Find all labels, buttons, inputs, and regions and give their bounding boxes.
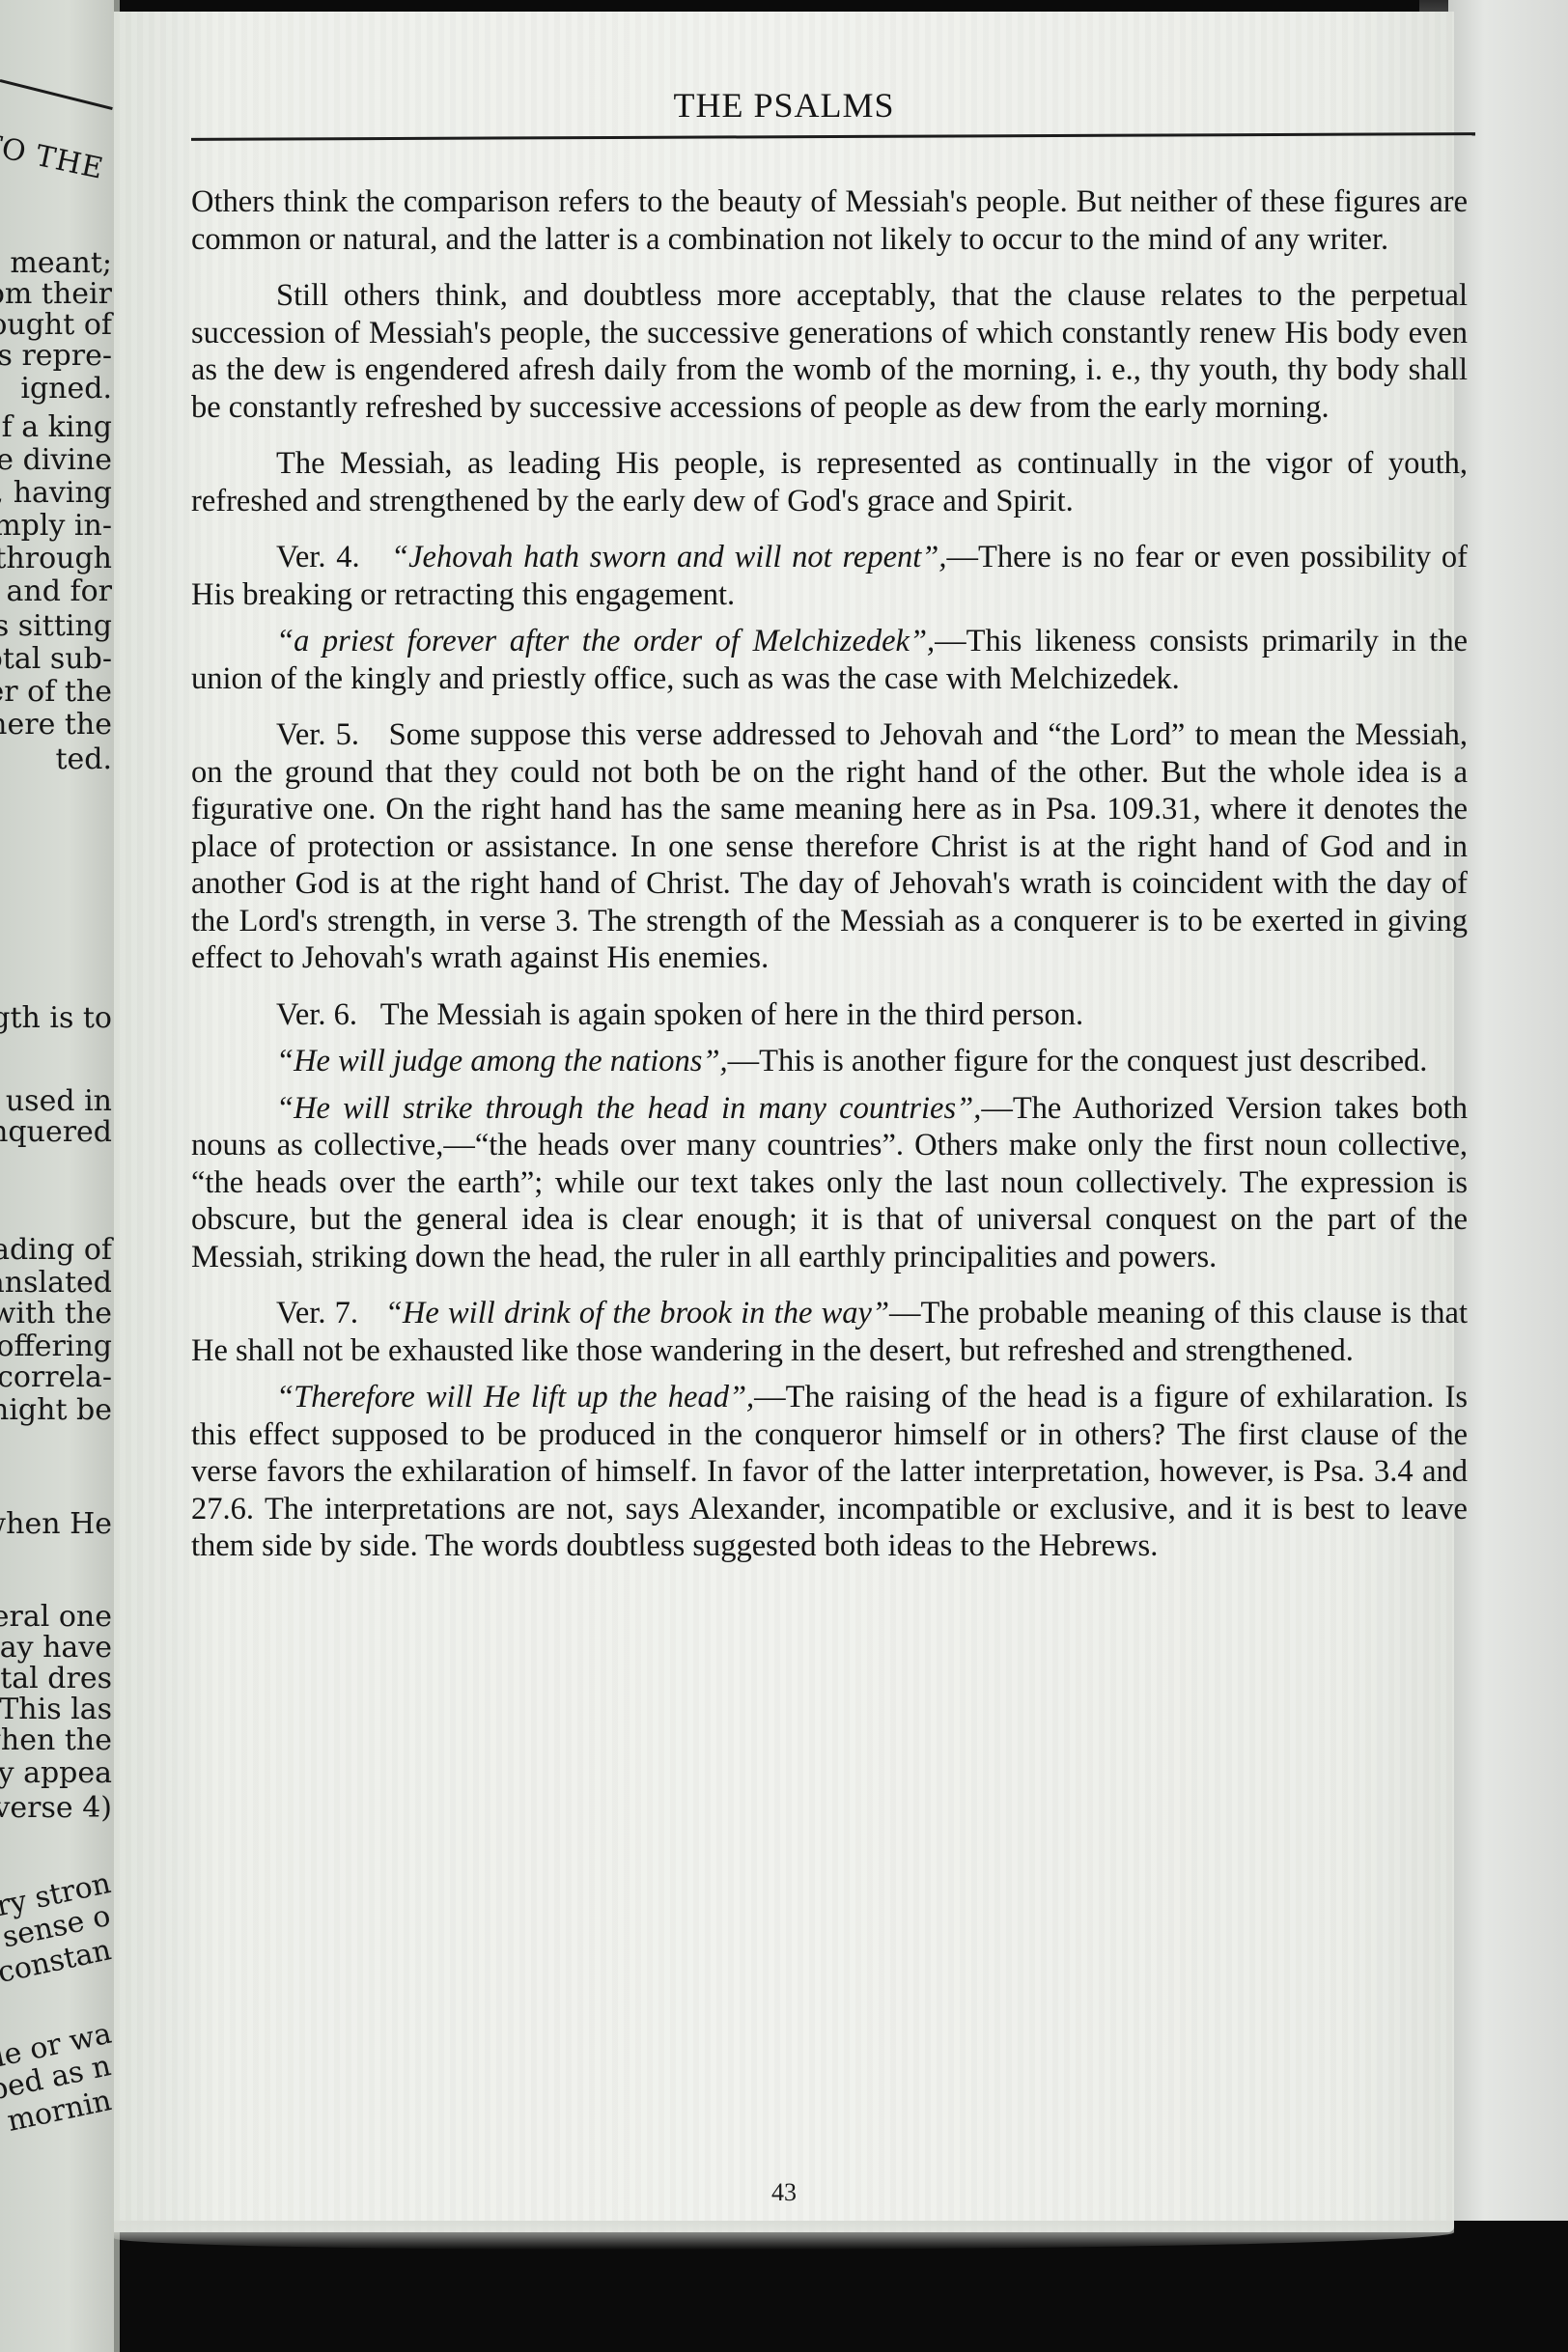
running-head: THE PSALMS xyxy=(114,85,1454,126)
left-page-fragment: (verse 4) xyxy=(0,1794,112,1823)
left-page-fragment: otal sub- xyxy=(0,645,112,674)
scripture-quote: “He will judge among the nations”, xyxy=(276,1044,728,1078)
left-page-fragment: where the xyxy=(0,711,112,740)
left-page-fragment: through xyxy=(0,545,112,574)
left-page-fragment: er of the xyxy=(0,678,112,707)
left-page-fragment: s and for xyxy=(0,577,112,606)
commentary-text: The Messiah is again spoken of here in t… xyxy=(380,997,1083,1032)
verse-6-paragraph: Ver. 6. The Messiah is again spoken of h… xyxy=(191,996,1468,1034)
left-page-fragment: otal dres xyxy=(0,1665,112,1694)
left-page-fragment: when the xyxy=(0,1726,112,1755)
left-page-fragment: This las xyxy=(0,1695,112,1724)
left-page-fragment: ought of xyxy=(0,311,112,340)
left-page-fragment: may have xyxy=(0,1634,112,1663)
left-page-fragment: with the xyxy=(0,1300,112,1329)
scripture-quote: “He will drink of the brook in the way” xyxy=(385,1296,889,1330)
left-page-fragment: f a king xyxy=(2,413,112,442)
left-page-fragment: om their xyxy=(0,280,112,309)
strike-head-paragraph: “He will strike through the head in many… xyxy=(191,1090,1468,1276)
left-page-fragment: teral one xyxy=(0,1603,112,1632)
left-page-fragment: e divine xyxy=(0,446,112,475)
verse-label: Ver. 4. xyxy=(276,540,360,574)
left-page-fragment: as repre- xyxy=(0,342,112,371)
left-page-fragment: gth is to xyxy=(0,1004,112,1033)
left-page-running-head: TO THE xyxy=(0,130,106,184)
header-rule xyxy=(191,132,1475,141)
left-page-fragment: conquered xyxy=(0,1118,112,1147)
left-page-fragment: ey appea xyxy=(0,1759,112,1788)
left-page-header-rule xyxy=(0,79,113,110)
verse-5-paragraph: Ver. 5. Some suppose this verse addresse… xyxy=(191,716,1468,977)
commentary-text: —This is another figure for the conquest… xyxy=(728,1044,1428,1078)
left-page-fragment: e correla- xyxy=(0,1363,112,1392)
paragraph-text: Others think the comparison refers to th… xyxy=(191,184,1468,257)
left-page-fragment: re used in xyxy=(0,1087,112,1116)
scripture-quote: “He will strike through the head in many… xyxy=(276,1091,981,1126)
left-page-fragment: is sitting xyxy=(0,612,112,641)
verse-4-paragraph: Ver. 4. “Jehovah hath sworn and will not… xyxy=(191,539,1468,613)
lift-head-paragraph: “Therefore will He lift up the head”,—Th… xyxy=(191,1379,1468,1565)
left-page-fragment: mply in- xyxy=(0,512,112,541)
melchizedek-paragraph: “a priest forever after the order of Mel… xyxy=(191,623,1468,697)
left-page-fragment: when He xyxy=(0,1510,112,1539)
verse-label: Ver. 7. xyxy=(276,1296,358,1330)
left-page-fragment: might be xyxy=(0,1396,112,1425)
commentary-text: Some suppose this verse addressed to Jeh… xyxy=(191,717,1468,975)
verse-label: Ver. 5. xyxy=(276,717,359,752)
page-bottom-edge xyxy=(114,2221,1454,2250)
left-page-fragment: ted. xyxy=(55,745,112,774)
judge-nations-paragraph: “He will judge among the nations”,—This … xyxy=(191,1043,1468,1080)
paragraph-text: Still others think, and doubtless more a… xyxy=(191,278,1468,425)
left-page-fragment: ranslated xyxy=(0,1269,112,1298)
left-page-fragment: eading of xyxy=(0,1236,112,1265)
paragraph-text: The Messiah, as leading His people, is r… xyxy=(191,446,1468,518)
left-page-fragment: igned. xyxy=(20,375,112,404)
verse-label: Ver. 6. xyxy=(276,997,357,1032)
verse-7-paragraph: Ver. 7. “He will drink of the brook in t… xyxy=(191,1295,1468,1369)
paragraph-2: Still others think, and doubtless more a… xyxy=(191,277,1468,426)
left-page-fragment: offering xyxy=(0,1332,112,1361)
scripture-quote: “a priest forever after the order of Mel… xyxy=(276,624,935,658)
paragraph-3: The Messiah, as leading His people, is r… xyxy=(191,445,1468,519)
left-page-fragment: s meant; xyxy=(0,249,112,278)
paragraph-1: Others think the comparison refers to th… xyxy=(191,183,1468,258)
scripture-quote: “Jehovah hath sworn and will not repent”… xyxy=(391,540,946,574)
left-facing-page: TO THE s meant;om theirought ofas repre-… xyxy=(0,0,120,2352)
page-number: 43 xyxy=(114,2178,1454,2207)
book-page: THE PSALMS Others think the comparison r… xyxy=(114,12,1454,2232)
left-page-fragment: e, having xyxy=(0,479,112,508)
body-text: Others think the comparison refers to th… xyxy=(191,183,1468,1584)
scripture-quote: “Therefore will He lift up the head”, xyxy=(276,1380,754,1414)
